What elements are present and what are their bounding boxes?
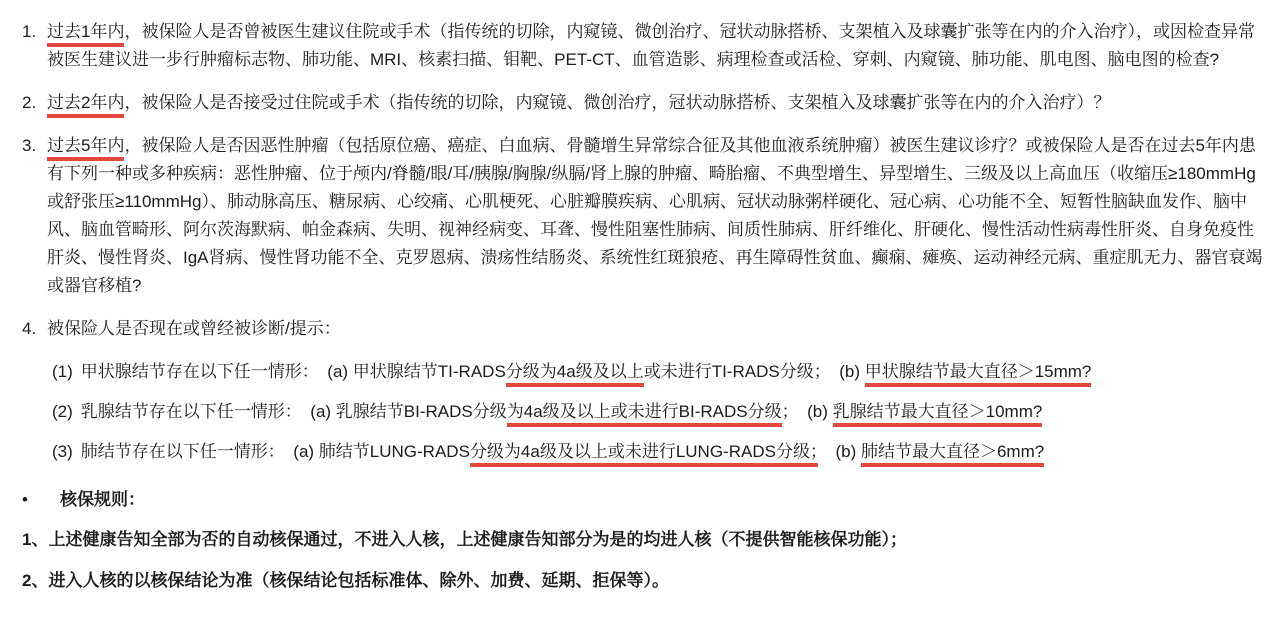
- sub-question-body: 肺结节存在以下任一情形： (a) 肺结节LUNG-RADS: [81, 442, 470, 461]
- question-item-3: 3. 过去5年内，被保险人是否因恶性肿瘤（包括原位癌、癌症、白血病、骨髓增生异常…: [22, 132, 1264, 300]
- question-number: 1.: [22, 18, 47, 46]
- bullet-icon: •: [22, 486, 60, 514]
- red-underlined-phrase: 甲状腺结节最大直径＞15mm?: [865, 362, 1092, 387]
- question-body: 被保险人是否现在或曾经被诊断/提示：: [47, 319, 341, 338]
- sub-question-body: 乳腺结节存在以下任一情形： (a) 乳腺结节BI-RADS分级: [81, 402, 507, 421]
- question-body: ，被保险人是否因恶性肿瘤（包括原位癌、癌症、白血病、骨髓增生异常综合征及其他血液…: [47, 136, 1263, 295]
- question-number: 4.: [22, 315, 47, 343]
- question-number: 2.: [22, 89, 47, 117]
- sub-question-body: 或未进行TI-RADS分级； (b): [644, 362, 865, 381]
- sub-question-body: 甲状腺结节存在以下任一情形： (a) 甲状腺结节TI-RADS: [81, 362, 506, 381]
- health-disclosure-document: 1. 过去1年内，被保险人是否曾被医生建议住院或手术（指传统的切除，内窥镜、微创…: [0, 0, 1280, 623]
- red-underlined-phrase: 过去1年内: [47, 22, 124, 47]
- sub-question-number: (1): [52, 362, 73, 381]
- underwriting-rules-section: • 核保规则： 1、上述健康告知全部为否的自动核保通过，不进入人核，上述健康告知…: [22, 486, 1264, 595]
- question-text: 过去2年内，被保险人是否接受过住院或手术（指传统的切除，内窥镜、微创治疗，冠状动…: [47, 89, 1264, 117]
- question-item-1: 1. 过去1年内，被保险人是否曾被医生建议住院或手术（指传统的切除，内窥镜、微创…: [22, 18, 1264, 74]
- red-underlined-phrase: 分级为4a级及以上或未进行LUNG-RADS分级；: [470, 442, 819, 467]
- red-underlined-phrase: 分级为4a级及以上: [506, 362, 644, 387]
- sub-question-lung: (3)肺结节存在以下任一情形： (a) 肺结节LUNG-RADS分级为4a级及以…: [22, 438, 1264, 466]
- sub-question-number: (3): [52, 442, 73, 461]
- underwriting-rule-1: 1、上述健康告知全部为否的自动核保通过，不进入人核，上述健康告知部分为是的均进人…: [22, 526, 1264, 554]
- underwriting-rule-2: 2、进入人核的以核保结论为准（核保结论包括标准体、除外、加费、延期、拒保等）。: [22, 567, 1264, 595]
- sub-question-body: (b): [818, 442, 861, 461]
- question-text: 过去1年内，被保险人是否曾被医生建议住院或手术（指传统的切除，内窥镜、微创治疗、…: [47, 18, 1264, 74]
- question-item-4: 4. 被保险人是否现在或曾经被诊断/提示：: [22, 315, 1264, 343]
- sub-question-body: ； (b): [782, 402, 833, 421]
- sub-question-breast: (2)乳腺结节存在以下任一情形： (a) 乳腺结节BI-RADS分级为4a级及以…: [22, 398, 1264, 426]
- red-underlined-phrase: 乳腺结节最大直径＞10mm?: [833, 402, 1043, 427]
- question-text: 过去5年内，被保险人是否因恶性肿瘤（包括原位癌、癌症、白血病、骨髓增生异常综合征…: [47, 132, 1264, 300]
- question-body: ，被保险人是否接受过住院或手术（指传统的切除，内窥镜、微创治疗，冠状动脉搭桥、支…: [124, 93, 1110, 112]
- sub-question-number: (2): [52, 402, 73, 421]
- question-list: 1. 过去1年内，被保险人是否曾被医生建议住院或手术（指传统的切除，内窥镜、微创…: [22, 18, 1264, 466]
- question-number: 3.: [22, 132, 47, 160]
- question-item-2: 2. 过去2年内，被保险人是否接受过住院或手术（指传统的切除，内窥镜、微创治疗，…: [22, 89, 1264, 117]
- underwriting-rules-heading: • 核保规则：: [22, 486, 1264, 514]
- question-text: 被保险人是否现在或曾经被诊断/提示：: [47, 315, 1264, 343]
- sub-question-thyroid: (1)甲状腺结节存在以下任一情形： (a) 甲状腺结节TI-RADS分级为4a级…: [22, 358, 1264, 386]
- red-underlined-phrase: 为4a级及以上或未进行BI-RADS分级: [507, 402, 782, 427]
- red-underlined-phrase: 过去2年内: [47, 93, 124, 118]
- question-body: ，被保险人是否曾被医生建议住院或手术（指传统的切除，内窥镜、微创治疗、冠状动脉搭…: [47, 22, 1255, 69]
- red-underlined-phrase: 肺结节最大直径＞6mm?: [861, 442, 1044, 467]
- red-underlined-phrase: 过去5年内: [47, 136, 124, 161]
- underwriting-rules-title: 核保规则：: [60, 486, 145, 514]
